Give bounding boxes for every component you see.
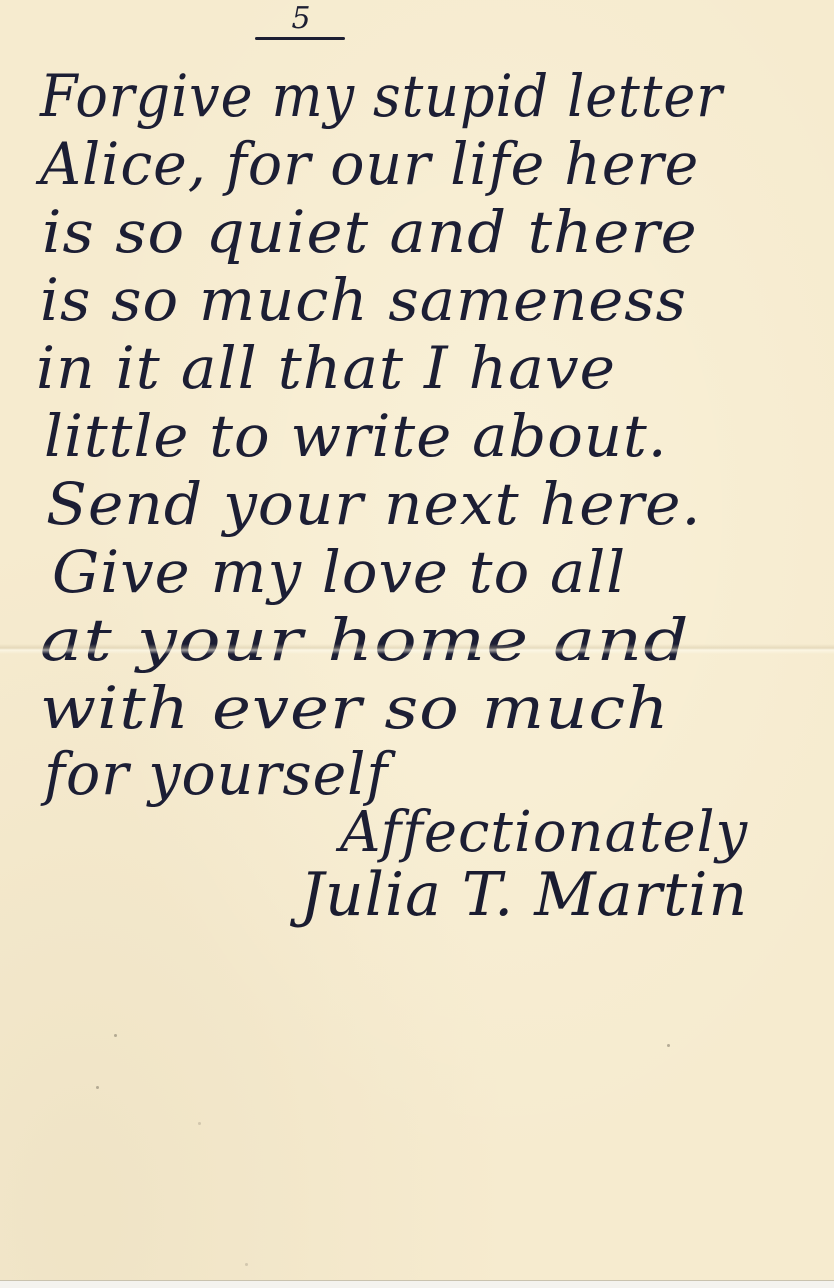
page-number-underline bbox=[255, 37, 345, 40]
letter-line-7: Send your next here. bbox=[46, 470, 702, 538]
letter-signature: Julia T. Martin bbox=[300, 860, 748, 930]
letter-line-9: at your home and bbox=[40, 606, 690, 674]
fold-crease bbox=[0, 644, 834, 654]
paper-speck bbox=[114, 1034, 117, 1037]
letter-line-4: is so much sameness bbox=[40, 266, 687, 334]
letter-closing: Affectionately bbox=[340, 800, 748, 865]
letter-line-8: Give my love to all bbox=[52, 538, 626, 606]
letter-line-5: in it all that I have bbox=[36, 334, 616, 402]
letter-line-6: little to write about. bbox=[44, 402, 668, 470]
letter-line-10: with ever so much bbox=[40, 674, 670, 742]
letter-line-3: is so quiet and there bbox=[42, 198, 698, 266]
letter-page: 5 Forgive my stupid letter Alice, for ou… bbox=[0, 0, 834, 1280]
paper-speck bbox=[245, 1263, 248, 1266]
paper-speck bbox=[198, 1122, 201, 1125]
page-number: 5 bbox=[258, 2, 344, 36]
letter-line-1: Forgive my stupid letter bbox=[40, 62, 723, 130]
paper-speck bbox=[667, 1044, 670, 1047]
letter-line-11: for yourself bbox=[44, 740, 388, 808]
letter-line-2: Alice, for our life here bbox=[40, 130, 699, 198]
paper-speck bbox=[96, 1086, 99, 1089]
scan-bottom-edge bbox=[0, 1280, 834, 1288]
